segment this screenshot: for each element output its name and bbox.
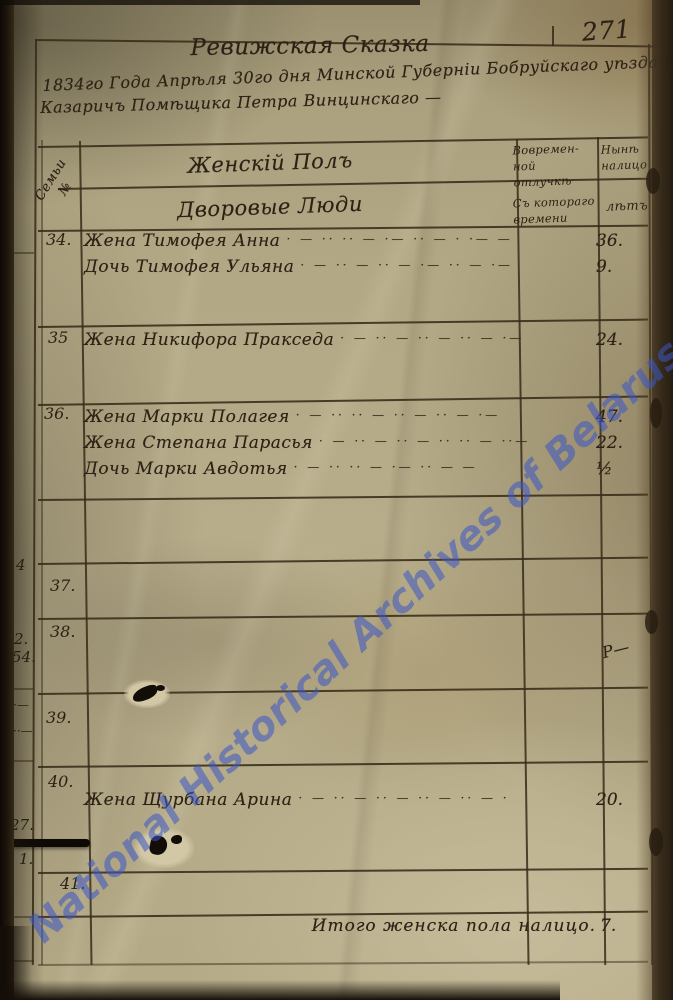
record-line: Жена Никифора Пракседа · — ·· — ·· — ·· … [84,330,646,350]
absent-since-subheader: Съ котораго времени [512,193,597,228]
bottom-left-corner-shadow [0,926,32,1000]
edge-notch [646,168,660,194]
edge-notch [645,610,658,634]
rule-line [552,26,554,46]
dot-leader: · — ·· ·· — ·· — ·· — ·— [290,408,592,422]
family-number: 35 [48,328,68,347]
absent-subheader-line-1: Съ котораго [512,194,594,211]
total-label: Итого женска пола налицо. [290,916,596,936]
person-name: Жена Тимофея Анна [84,231,280,251]
family-number: 38. [50,622,75,641]
family-number: 40. [48,772,73,791]
family-number: 39. [46,708,71,727]
dot-leader: · — ·· ·· — ·— ·· — · ·— — [280,232,592,246]
present-header-line-1: Нынѣ [600,141,639,156]
page-number: 271 [581,14,632,46]
family-number: 37. [50,576,75,595]
person-name: Дочь Марки Авдотья [84,459,288,479]
record-line: Дочь Тимофея Ульяна · — ·· — ·· — ·— ·· … [84,257,646,277]
total-row: Итого женска пола налицо. 7. [290,916,642,936]
paper-hole [124,680,170,708]
edge-notch [650,398,662,428]
edge-notch [649,828,663,856]
absent-header-line-2: ной отлучкѣ [513,159,572,190]
top-paper-edge [0,0,420,5]
hole-dark-area [156,685,165,691]
dot-leader: · — ·· — ·· — ·— ·· — ·— [294,258,592,272]
person-name: Жена Марки Полагея [84,407,290,427]
person-name: Жена Степана Парасья [84,433,313,453]
person-name: Дочь Тимофея Ульяна [84,257,294,277]
record-line: Жена Тимофея Анна · — ·· ·· — ·— ·· — · … [84,231,646,251]
binding-shadow [14,0,44,1000]
bottom-paper-edge [0,980,560,1000]
family-number: 36. [44,404,69,423]
scanned-revision-list-page: 4 2. 54. ·— ··— 27. 1. 271 Ревижская Ска… [0,0,673,1000]
book-binding-edge [0,0,14,1000]
family-number: 34. [46,230,71,249]
dot-leader: · — ·· — ·· — ·· — ·— [334,331,592,345]
absent-header-line-1: Вовремен- [512,141,579,157]
absent-subheader-line-2: времени [513,211,568,227]
person-name: Жена Никифора Пракседа [84,330,334,350]
revision-title: Ревижская Сказка [175,31,445,62]
family-col-label-2: № [56,179,76,198]
dot-leader: · — ·· — ·· — ·· — ·· — · [292,791,592,805]
absent-column-header: Вовремен- ной отлучкѣ [512,140,598,191]
